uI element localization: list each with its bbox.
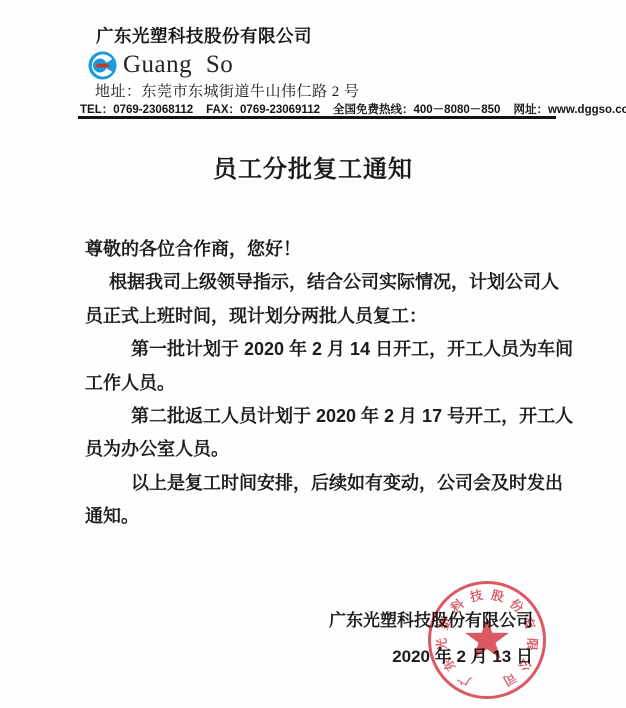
paragraph-line: 第二批返工人员计划于 2020 年 2 月 17 号开工，开工人: [85, 400, 545, 433]
document-page: 广东光塑科技股份有限公司 Guang So 地址：东莞市东城街道牛山伟仁路 2 …: [0, 0, 626, 708]
letterhead-company-name: 广东光塑科技股份有限公司: [96, 23, 312, 48]
guangso-logo-icon: [88, 51, 117, 80]
svg-text:东: 东: [439, 655, 459, 674]
logo-wordmark: Guang So: [123, 51, 233, 79]
svg-text:限: 限: [524, 637, 539, 651]
letterhead-logo: Guang So: [88, 50, 233, 80]
greeting-line: 尊敬的各位合作商，您好！: [85, 233, 545, 266]
paragraph-line: 第一批计划于 2020 年 2 月 14 日开工，开工人员为车间: [85, 333, 545, 366]
paragraph-line: 以上是复工时间安排，后续如有变动，公司会及时发出: [85, 467, 545, 500]
svg-text:科: 科: [447, 596, 467, 617]
tel-number: TEL：0769-23068112: [80, 101, 193, 117]
svg-text:技: 技: [467, 587, 484, 605]
website-url: 网址：www.dggso.com: [513, 101, 626, 117]
letterhead-contact-line: TEL：0769-23068112 FAX：0769-23069112 全国免费…: [80, 101, 558, 117]
fax-number: FAX：0769-23069112: [206, 101, 320, 117]
svg-text:司: 司: [501, 670, 519, 688]
company-seal-stamp: 广东光塑科技股份有限公司: [425, 578, 549, 702]
letterhead-address: 地址：东莞市东城街道牛山伟仁路 2 号: [95, 80, 360, 101]
letterhead-divider: [78, 116, 556, 119]
svg-text:份: 份: [507, 596, 527, 616]
svg-text:塑: 塑: [435, 614, 454, 632]
hotline-number: 全国免费热线：400－8080－850: [333, 101, 500, 117]
notice-body: 尊敬的各位合作商，您好！ 根据我司上级领导指示，结合公司实际情况，计划公司人 员…: [85, 233, 545, 534]
notice-title: 员工分批复工通知: [0, 149, 626, 184]
svg-text:光: 光: [434, 637, 450, 651]
paragraph-line: 员正式上班时间，现计划分两批人员复工：: [85, 300, 545, 333]
svg-text:广: 广: [455, 670, 474, 689]
paragraph-line: 员为办公室人员。: [85, 433, 545, 466]
paragraph-line: 通知。: [85, 500, 545, 533]
seal-star-icon: [465, 617, 509, 659]
paragraph-line: 工作人员。: [85, 367, 545, 400]
svg-text:有: 有: [520, 614, 539, 632]
svg-text:公: 公: [515, 655, 534, 674]
paragraph-line: 根据我司上级领导指示，结合公司实际情况，计划公司人: [85, 266, 545, 299]
svg-text:股: 股: [490, 587, 506, 605]
